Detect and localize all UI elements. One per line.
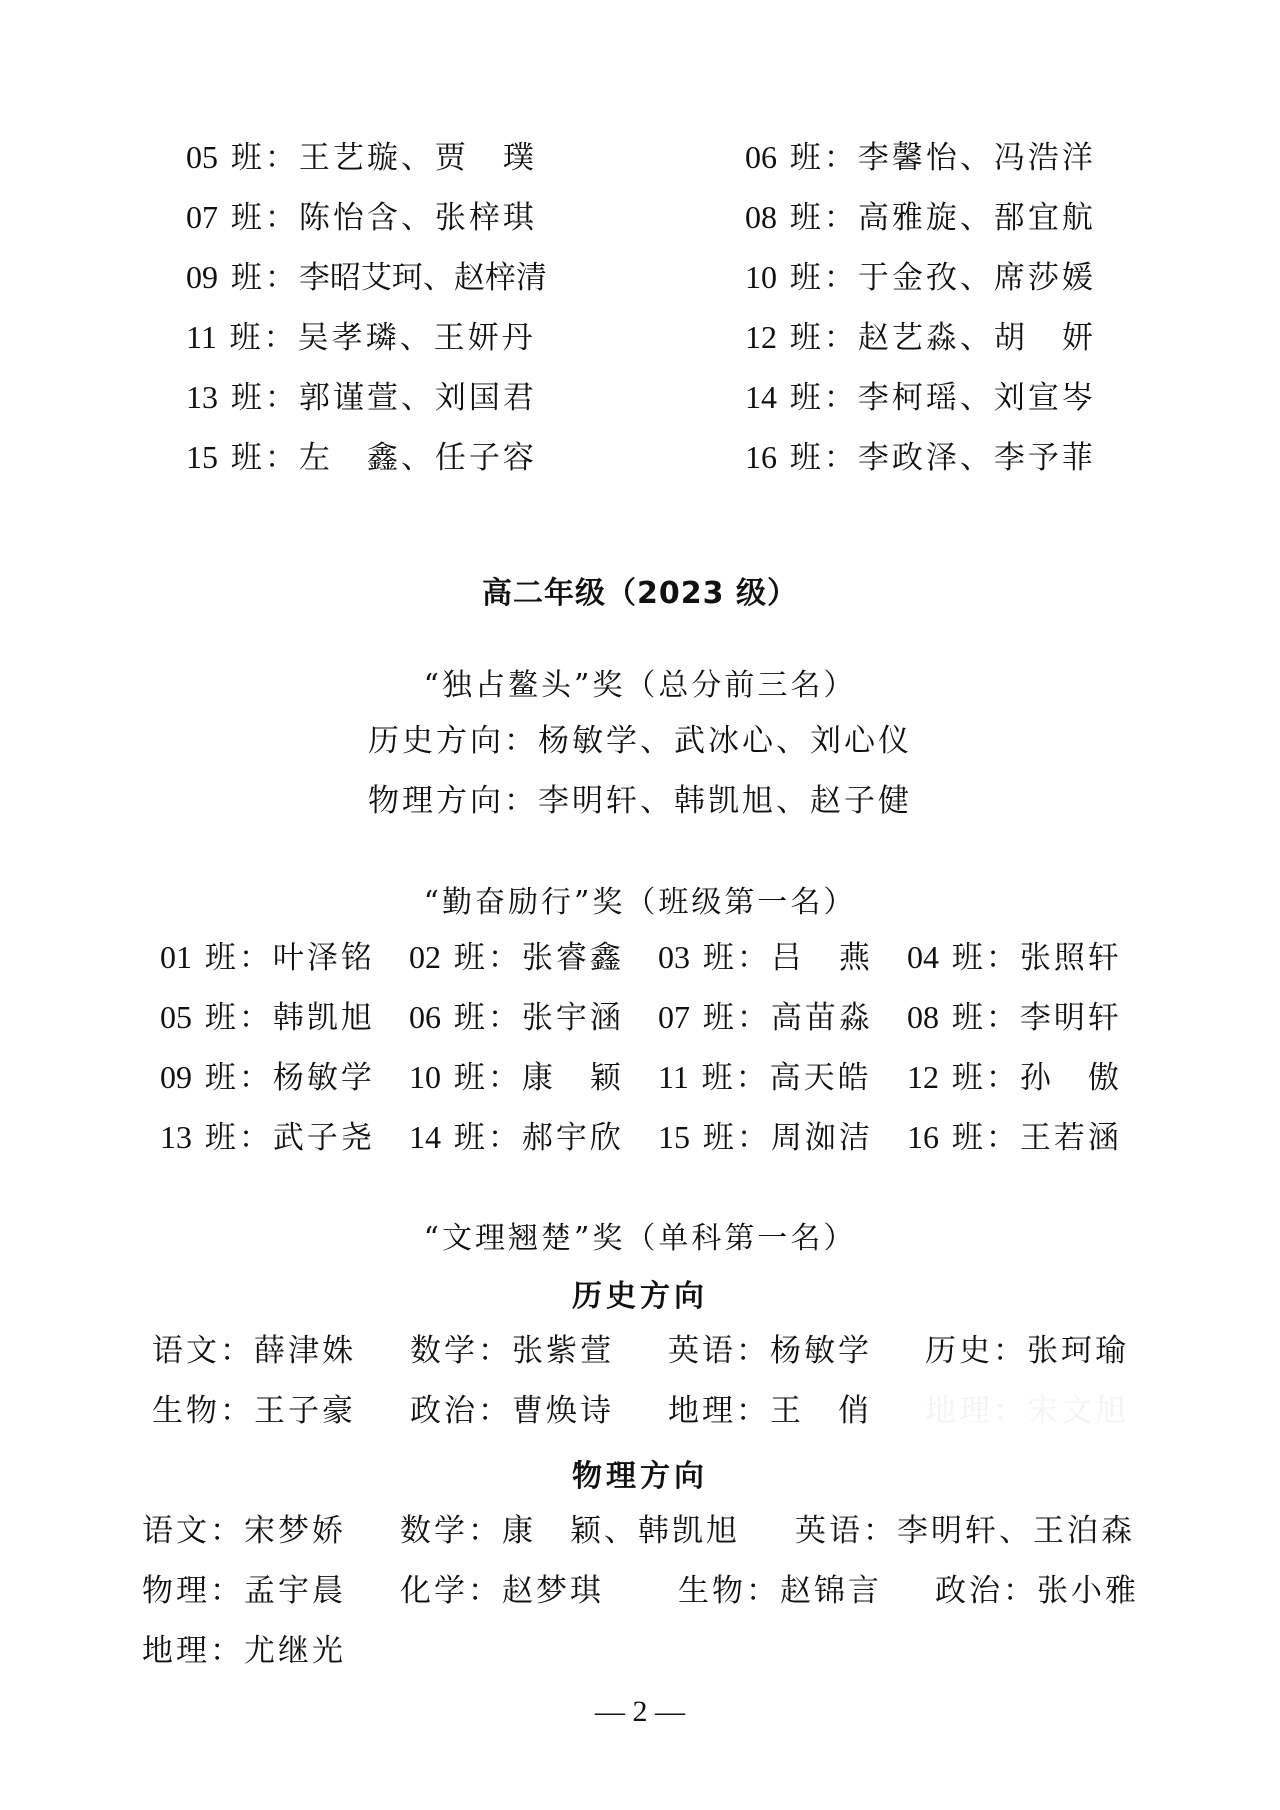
class-entry: 06 班：李馨怡、冯浩洋 — [745, 137, 1096, 178]
subject-entry: 化学：赵梦琪 — [400, 1571, 604, 1611]
class-entry: 14 班：郝宇欣 — [409, 1117, 624, 1158]
subject-entry: 数学：张紫萱 — [410, 1331, 614, 1371]
class-entry: 07 班：陈怡含、张梓琪 — [186, 197, 537, 238]
class-entry: 14 班：李柯瑶、刘宣岑 — [745, 377, 1096, 418]
subject-entry: 英语：杨敏学 — [668, 1331, 872, 1371]
award-title: “独占鳌头”奖（总分前三名） — [0, 660, 1280, 704]
subject-entry: 历史：张珂瑜 — [925, 1331, 1129, 1371]
subject-entry: 政治：曹焕诗 — [410, 1391, 614, 1431]
class-entry: 16 班：李政泽、李予菲 — [745, 437, 1096, 478]
class-entry: 02 班：张睿鑫 — [409, 937, 624, 978]
subject-entry: 生物：王子豪 — [152, 1391, 356, 1431]
award-title: “文理翘楚”奖（单科第一名） — [0, 1213, 1280, 1257]
class-entry: 01 班：叶泽铭 — [160, 937, 375, 978]
class-entry: 09 班：李昭艾珂、赵梓清 — [186, 257, 547, 298]
subject-entry: 地理：尤继光 — [142, 1631, 346, 1671]
subject-entry: 地理：王 俏 — [668, 1391, 872, 1431]
class-entry: 15 班：左 鑫、任子容 — [186, 437, 537, 478]
physics-direction-winners: 物理方向：李明轩、韩凯旭、赵子健 — [0, 781, 1280, 821]
physics-direction-heading: 物理方向 — [0, 1451, 1280, 1495]
class-entry: 11 班：吴孝璘、王妍丹 — [186, 317, 536, 358]
class-entry: 11 班：高天皓 — [658, 1057, 872, 1098]
class-entry: 15 班：周洳洁 — [658, 1117, 873, 1158]
class-entry: 08 班：高雅旋、郚宜航 — [745, 197, 1096, 238]
class-entry: 05 班：韩凯旭 — [160, 997, 375, 1038]
class-entry: 05 班：王艺璇、贾 璞 — [186, 137, 537, 178]
history-direction-heading: 历史方向 — [0, 1271, 1280, 1315]
class-entry: 08 班：李明轩 — [907, 997, 1122, 1038]
page-number: — 2 — — [0, 1695, 1280, 1729]
class-entry: 16 班：王若涵 — [907, 1117, 1122, 1158]
class-entry: 10 班：康 颖 — [409, 1057, 624, 1098]
class-entry: 13 班：郭谨萱、刘国君 — [186, 377, 537, 418]
class-entry: 12 班：赵艺淼、胡 妍 — [745, 317, 1096, 358]
subject-entry: 语文：宋梦娇 — [142, 1511, 346, 1551]
class-entry: 03 班：吕 燕 — [658, 937, 873, 978]
class-entry: 12 班：孙 傲 — [907, 1057, 1122, 1098]
class-entry: 13 班：武子尧 — [160, 1117, 375, 1158]
subject-entry: 物理：孟宇晨 — [142, 1571, 346, 1611]
class-entry: 04 班：张照轩 — [907, 937, 1122, 978]
subject-entry: 政治：张小雅 — [935, 1571, 1139, 1611]
class-entry: 10 班：于金孜、席莎媛 — [745, 257, 1096, 298]
history-direction-winners: 历史方向：杨敏学、武冰心、刘心仪 — [0, 721, 1280, 761]
grade-title: 高二年级（2023 级） — [0, 568, 1280, 612]
subject-entry: 语文：薛津姝 — [152, 1331, 356, 1371]
erased-subject-entry: 地理：宋文旭 — [925, 1391, 1129, 1431]
award-title: “勤奋励行”奖（班级第一名） — [0, 877, 1280, 921]
class-entry: 07 班：高苗淼 — [658, 997, 873, 1038]
subject-entry: 英语：李明轩、王泊森 — [795, 1511, 1135, 1551]
class-entry: 06 班：张宇涵 — [409, 997, 624, 1038]
subject-entry: 生物：赵锦言 — [678, 1571, 882, 1611]
subject-entry: 数学：康 颖、韩凯旭 — [400, 1511, 740, 1551]
class-entry: 09 班：杨敏学 — [160, 1057, 375, 1098]
